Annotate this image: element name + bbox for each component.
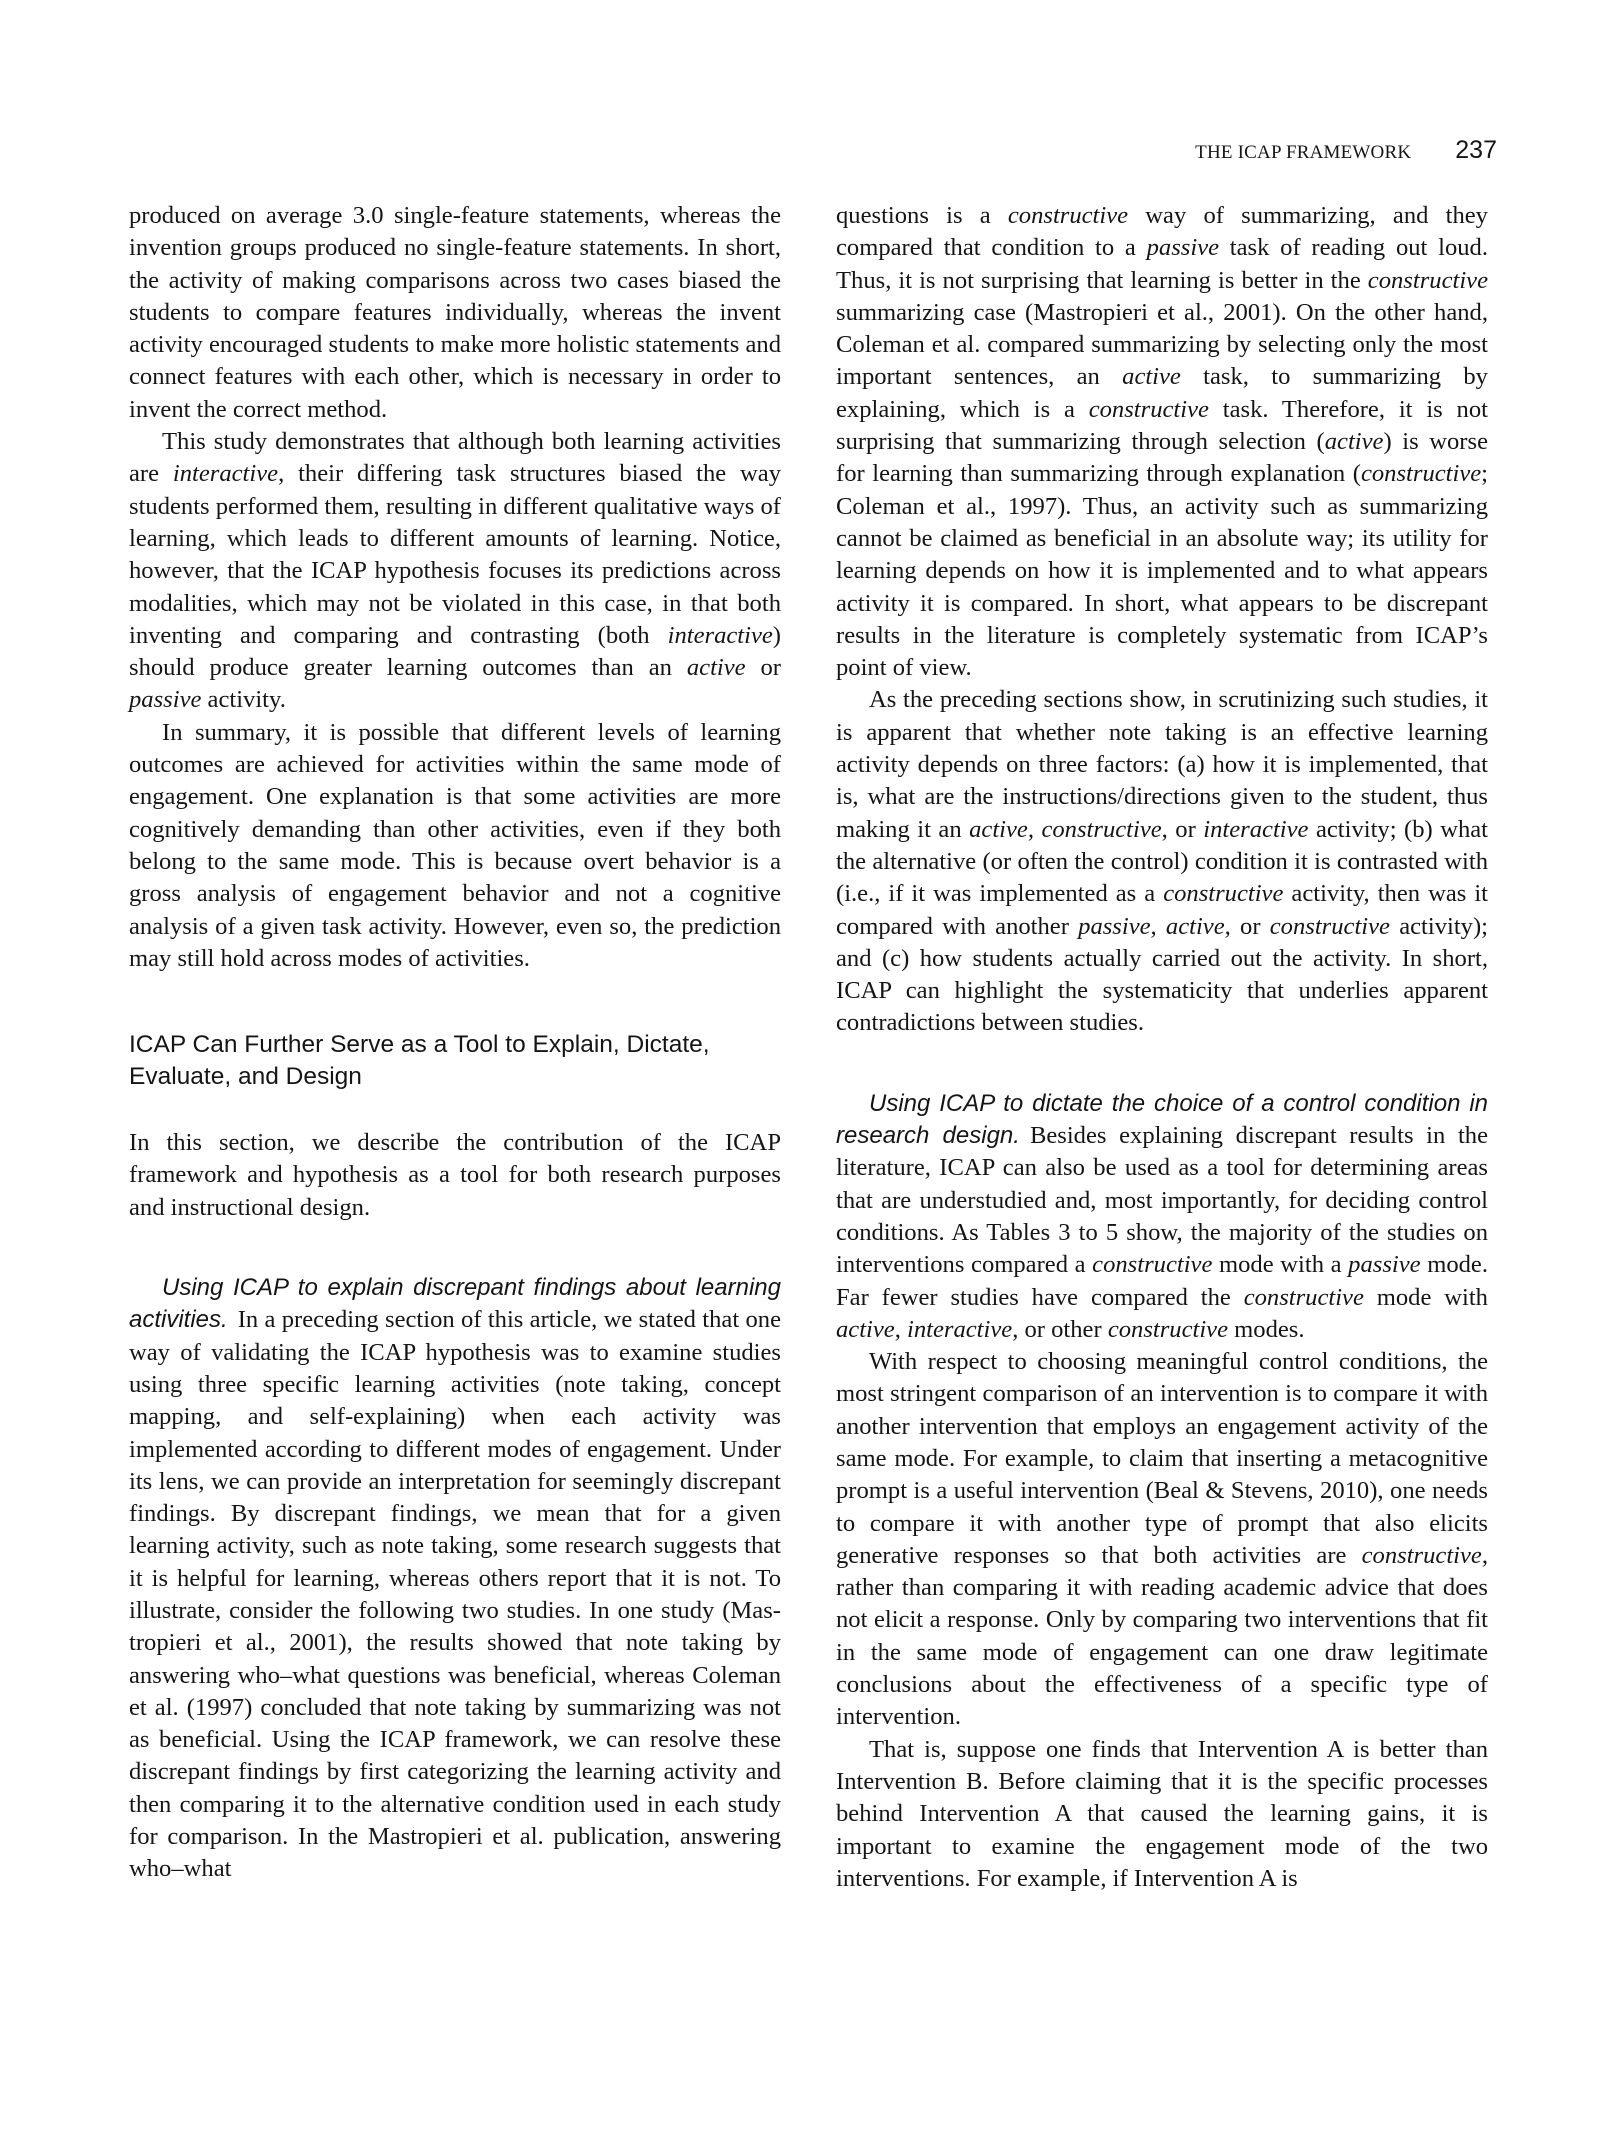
paragraph: That is, suppose one finds that Interven… bbox=[836, 1734, 1488, 1895]
emphasis-text: constructive bbox=[1108, 1316, 1228, 1343]
text-run: In this section, we describe the contrib… bbox=[129, 1129, 781, 1221]
text-run: mode with bbox=[1364, 1284, 1488, 1311]
emphasis-text: passive bbox=[1348, 1251, 1420, 1278]
paragraph: questions is a constructive way of summa… bbox=[836, 200, 1488, 684]
text-run: or bbox=[1231, 913, 1270, 940]
emphasis-text: passive bbox=[129, 686, 201, 713]
emphasis-text: interac­tive bbox=[907, 1316, 1012, 1343]
text-run: modes. bbox=[1228, 1316, 1305, 1343]
emphasis-text: constructive bbox=[1368, 267, 1488, 294]
emphasis-text: active, constructive bbox=[969, 816, 1162, 843]
paragraph: In summary, it is possible that differen… bbox=[129, 717, 781, 975]
left-column: produced on average 3.0 single-feature s… bbox=[129, 200, 781, 1886]
emphasis-text: constructive bbox=[1362, 1542, 1482, 1569]
paragraph: Using ICAP to dictate the choice of a co… bbox=[836, 1088, 1488, 1346]
emphasis-text: active bbox=[687, 654, 746, 681]
section-heading: ICAP Can Further Serve as a Tool to Expl… bbox=[129, 1029, 781, 1093]
text-run: In summary, it is possible that differen… bbox=[129, 719, 781, 972]
emphasis-text: interactive bbox=[668, 622, 773, 649]
paragraph: In this section, we describe the contrib… bbox=[129, 1127, 781, 1224]
emphasis-text: passive, active, bbox=[1078, 913, 1231, 940]
text-run: , bbox=[895, 1316, 907, 1343]
text-run: With respect to choosing meaningful cont… bbox=[836, 1348, 1488, 1569]
emphasis-text: interactive bbox=[1203, 816, 1308, 843]
running-title: THE ICAP FRAMEWORK bbox=[1195, 142, 1411, 164]
emphasis-text: constructive bbox=[1361, 460, 1481, 487]
text-run: produced on average 3.0 single-feature s… bbox=[129, 202, 781, 423]
emphasis-text: constructive bbox=[1270, 913, 1390, 940]
paragraph: This study demonstrates that although bo… bbox=[129, 426, 781, 717]
emphasis-text: active bbox=[1122, 363, 1181, 390]
right-column: questions is a constructive way of summa… bbox=[836, 200, 1488, 1895]
text-run: or bbox=[746, 654, 781, 681]
emphasis-text: constructive bbox=[1092, 1251, 1212, 1278]
emphasis-text: active bbox=[836, 1316, 895, 1343]
emphasis-text: interactive bbox=[173, 460, 278, 487]
emphasis-text: active bbox=[1325, 428, 1384, 455]
paragraph: As the preceding sections show, in scrut… bbox=[836, 684, 1488, 1039]
text-run: , or bbox=[1162, 816, 1204, 843]
text-run: questions is a bbox=[836, 202, 1008, 229]
text-run: mode with a bbox=[1212, 1251, 1348, 1278]
paragraph: With respect to choosing meaningful cont… bbox=[836, 1346, 1488, 1734]
page-number: 237 bbox=[1455, 136, 1497, 165]
emphasis-text: constructive bbox=[1163, 880, 1283, 907]
text-run: That is, suppose one finds that Interven… bbox=[836, 1736, 1488, 1892]
text-run: ; Coleman et al., 1997). Thus, an activi… bbox=[836, 460, 1488, 681]
paragraph: Using ICAP to explain discrepant finding… bbox=[129, 1272, 781, 1886]
paragraph: produced on average 3.0 single-feature s… bbox=[129, 200, 781, 426]
emphasis-text: constructive bbox=[1244, 1284, 1364, 1311]
running-head: THE ICAP FRAMEWORK 237 bbox=[1195, 136, 1497, 165]
text-run: activity. bbox=[201, 686, 285, 713]
emphasis-text: passive bbox=[1147, 234, 1219, 261]
text-run: , their differing task structures biased… bbox=[129, 460, 781, 648]
paragraph-body: Besides explaining discrepant results in… bbox=[836, 1122, 1488, 1343]
emphasis-text: constructive bbox=[1008, 202, 1128, 229]
text-run: In a preceding section of this article, … bbox=[129, 1306, 781, 1882]
text-run: , rather than comparing it with reading … bbox=[836, 1542, 1488, 1730]
text-run: , or other bbox=[1012, 1316, 1108, 1343]
emphasis-text: constructive bbox=[1089, 396, 1209, 423]
paragraph-body: In a preceding section of this article, … bbox=[129, 1306, 781, 1882]
